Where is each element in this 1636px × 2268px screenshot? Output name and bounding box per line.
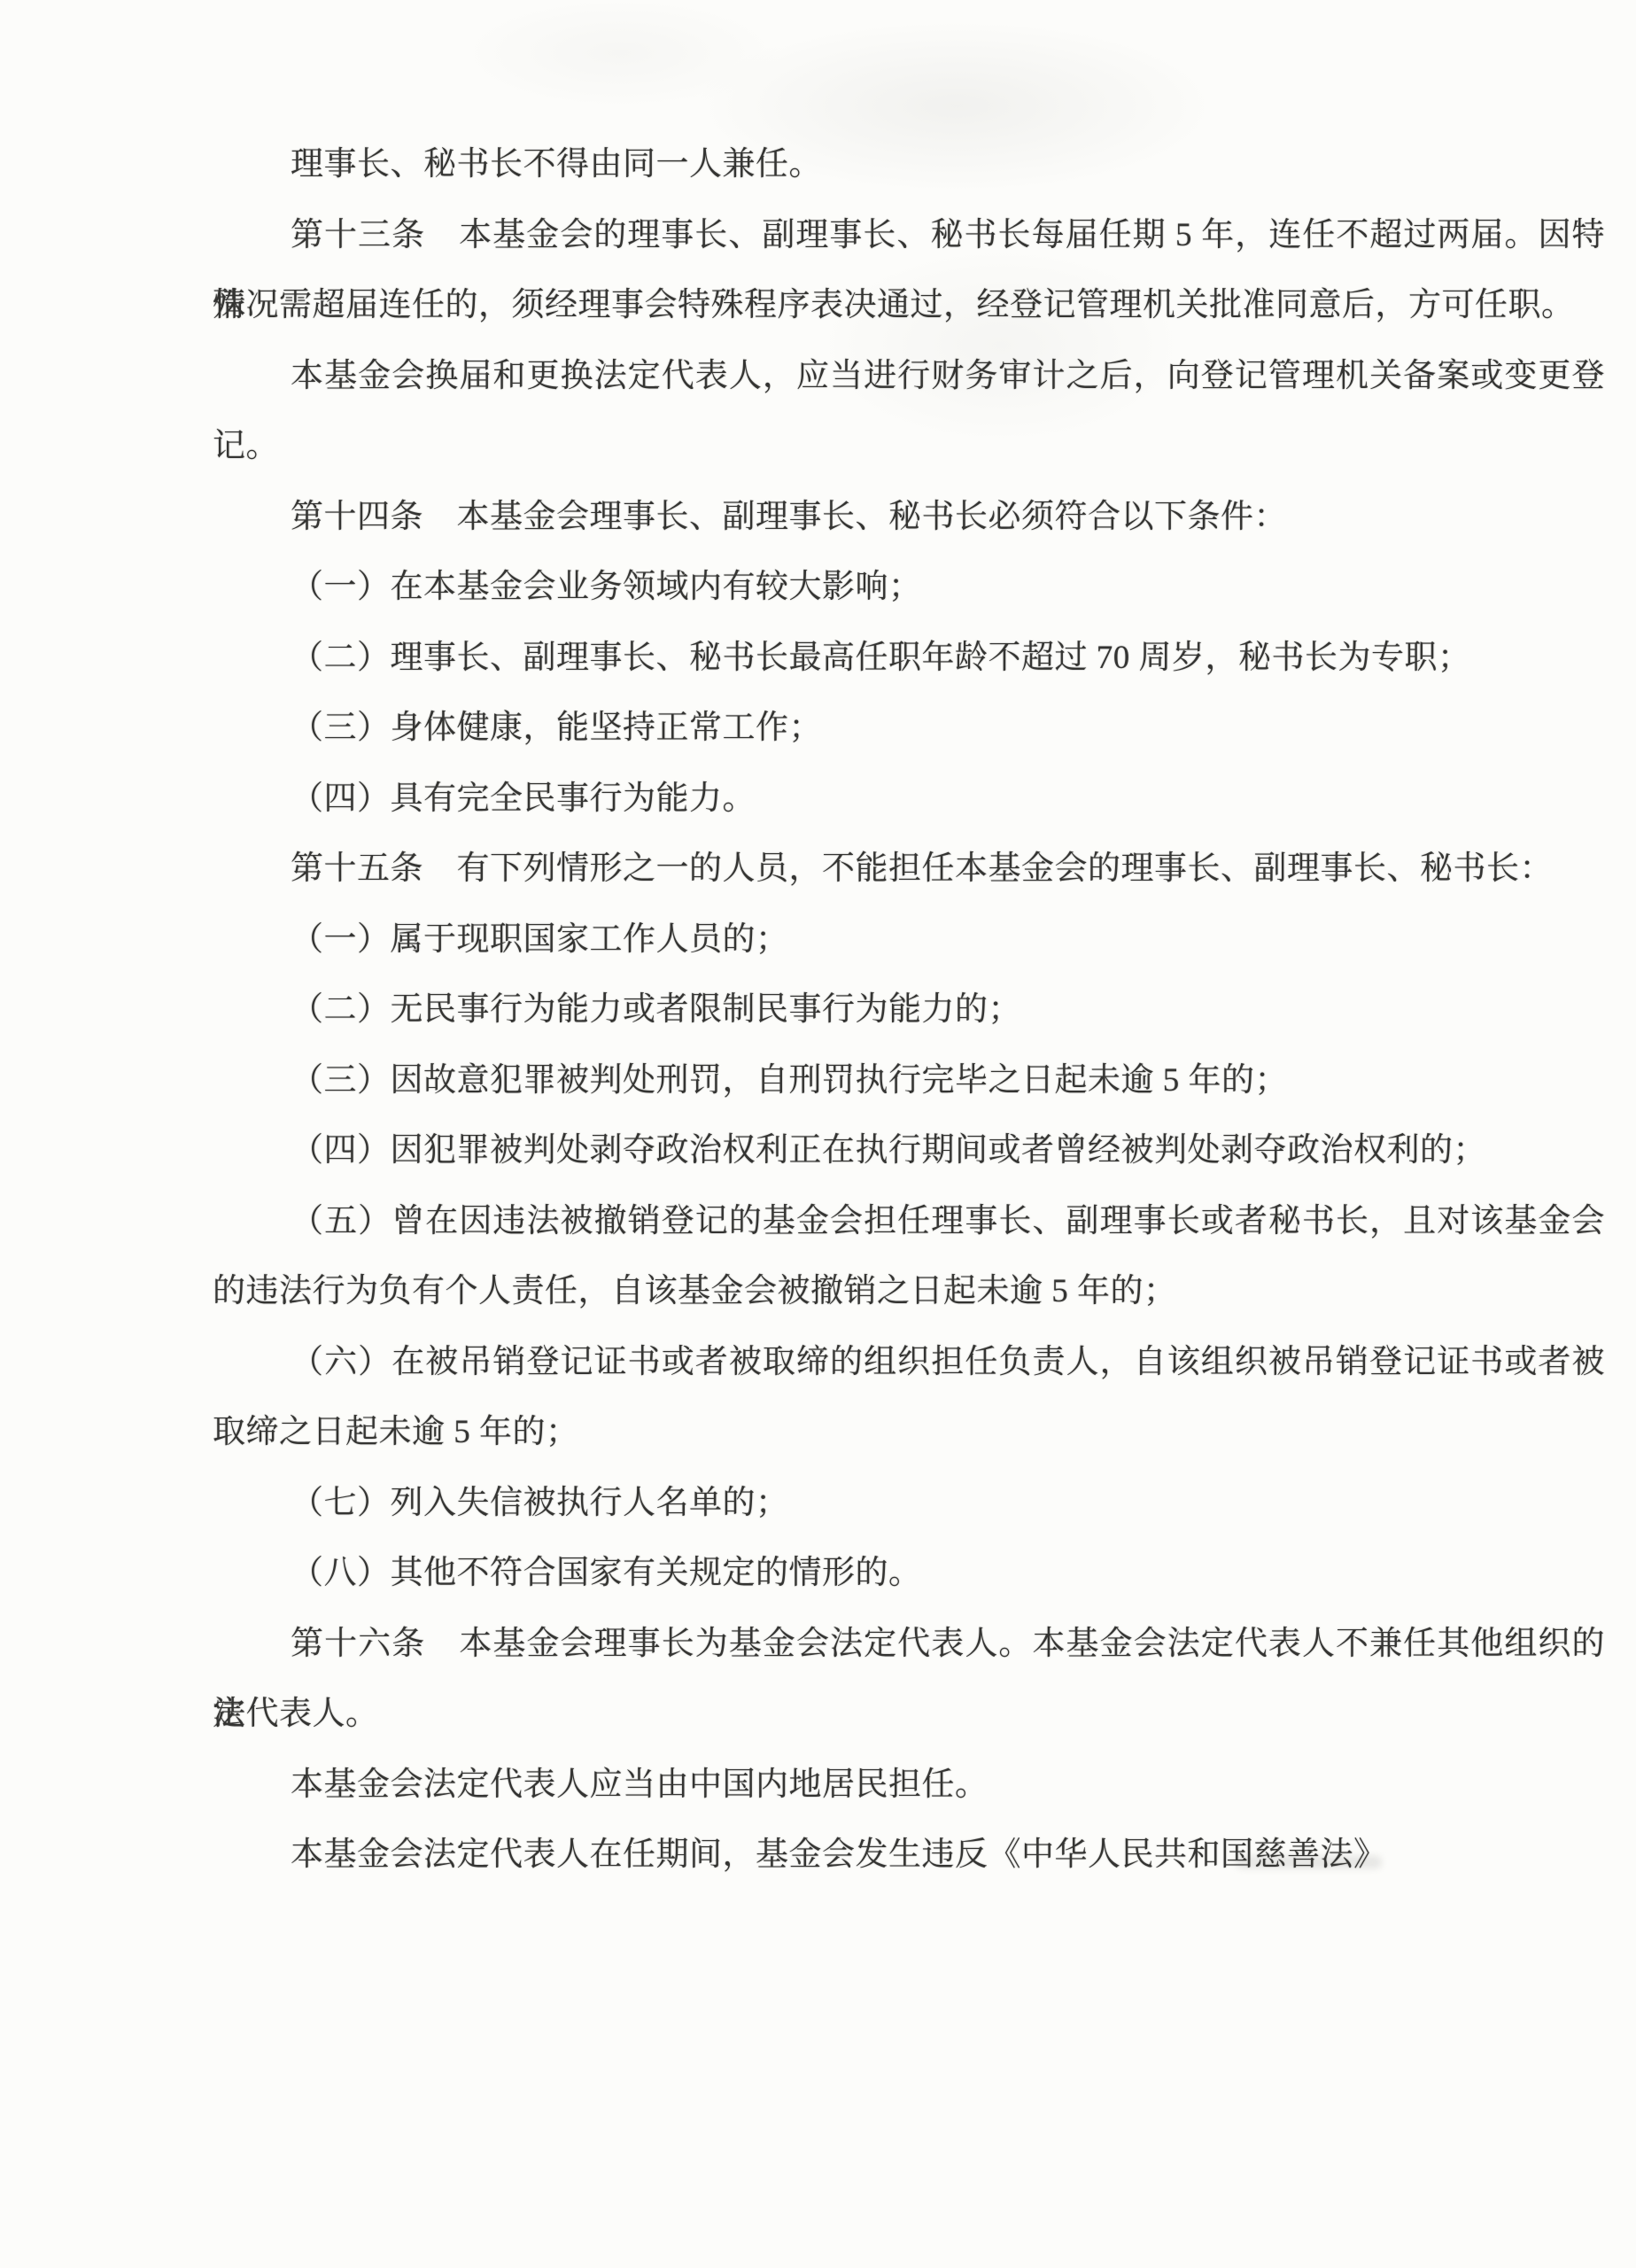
text-line: （四）因犯罪被判处剥夺政治权利正在执行期间或者曾经被判处剥夺政治权利的； (213, 1115, 1605, 1186)
text-line: （二）无民事行为能力或者限制民事行为能力的； (213, 975, 1605, 1045)
text-line: 第十五条 有下列情形之一的人员，不能担任本基金会的理事长、副理事长、秘书长： (213, 834, 1605, 905)
text-line: 本基金会法定代表人在任期间，基金会发生违反《中华人民共和国慈善法》 (213, 1820, 1605, 1891)
text-line: 本基金会换届和更换法定代表人，应当进行财务审计之后，向登记管理机关备案或变更登 (213, 341, 1605, 412)
document-text-block: 理事长、秘书长不得由同一人兼任。第十三条 本基金会的理事长、副理事长、秘书长每届… (213, 129, 1605, 1891)
text-line: 本基金会法定代表人应当由中国内地居民担任。 (213, 1750, 1605, 1821)
text-line: 记。 (213, 411, 1605, 482)
text-line: （七）列入失信被执行人名单的； (213, 1468, 1605, 1539)
text-line: （二）理事长、副理事长、秘书长最高任职年龄不超过 70 周岁，秘书长为专职； (213, 623, 1605, 694)
scanned-document-page: 理事长、秘书长不得由同一人兼任。第十三条 本基金会的理事长、副理事长、秘书长每届… (0, 0, 1636, 2268)
text-line: （八）其他不符合国家有关规定的情形的。 (213, 1538, 1605, 1609)
text-line: 第十六条 本基金会理事长为基金会法定代表人。本基金会法定代表人不兼任其他组织的法 (213, 1609, 1605, 1680)
text-line: （四）具有完全民事行为能力。 (213, 764, 1605, 835)
text-line: 第十三条 本基金会的理事长、副理事长、秘书长每届任期 5 年，连任不超过两届。因… (213, 200, 1605, 271)
text-line: （三）身体健康，能坚持正常工作； (213, 693, 1605, 764)
text-line: （五）曾在因违法被撤销登记的基金会担任理事长、副理事长或者秘书长，且对该基金会 (213, 1186, 1605, 1257)
text-line: （一）在本基金会业务领域内有较大影响； (213, 552, 1605, 623)
text-line: （三）因故意犯罪被判处刑罚，自刑罚执行完毕之日起未逾 5 年的； (213, 1045, 1605, 1116)
text-line: （六）在被吊销登记证书或者被取缔的组织担任负责人，自该组织被吊销登记证书或者被 (213, 1327, 1605, 1398)
text-line: 第十四条 本基金会理事长、副理事长、秘书长必须符合以下条件： (213, 482, 1605, 553)
text-line: 的违法行为负有个人责任，自该基金会被撤销之日起未逾 5 年的； (213, 1256, 1605, 1327)
text-line: 定代表人。 (213, 1679, 1605, 1750)
text-line: 取缔之日起未逾 5 年的； (213, 1397, 1605, 1468)
text-line: 情况需超届连任的，须经理事会特殊程序表决通过，经登记管理机关批准同意后，方可任职… (213, 270, 1605, 341)
text-line: （一）属于现职国家工作人员的； (213, 905, 1605, 975)
text-line: 理事长、秘书长不得由同一人兼任。 (213, 129, 1605, 200)
